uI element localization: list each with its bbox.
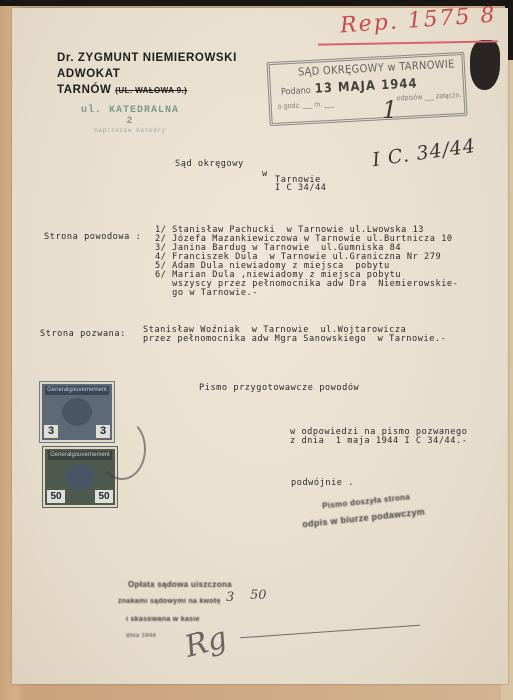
cancellation-postmark — [98, 418, 146, 480]
received-label: Podano — [281, 86, 311, 98]
ink-blot — [470, 40, 500, 90]
new-address: ul. KATEDRALNA 2 — [80, 105, 180, 127]
fee-stamp-line-2: znakami sądowymi na kwotę — [118, 598, 221, 605]
fee-stamp-line-3: i skasowana w kasie — [126, 616, 200, 623]
time-line: o godz. ___ m. ___ — [278, 100, 334, 111]
copies-note: podwójnie . — [291, 479, 354, 488]
fee-stamp-line-1: Opłata sądowa uiszczona — [128, 580, 232, 589]
eagle-emblem-icon — [65, 463, 95, 491]
plaintiffs-label: Strona powodowa : — [44, 233, 141, 242]
stamp-value-left: 50 — [47, 490, 65, 503]
addressee-court: Sąd okręgowy — [175, 160, 244, 169]
court-name: SĄD OKRĘGOWY w TARNOWIE — [298, 57, 455, 78]
old-address-struck: (UL. WAŁOWA 9.) — [115, 86, 187, 95]
new-address-stamp: ul. KATEDRALNA 2 naprzeciw Katedry — [80, 105, 180, 134]
fee-stamp-line-4: dnia 1944 — [126, 633, 156, 639]
fee-amount-zl: 3 — [226, 590, 234, 605]
eagle-emblem-icon — [62, 398, 92, 426]
new-address-note: naprzeciw Katedry — [80, 127, 180, 134]
reference-line-2: z dnia 1 maja 1944 I C 34/44.- — [290, 437, 467, 446]
lawyer-title: ADWOKAT — [57, 66, 237, 82]
stamp-header: Generalgouvernement — [45, 386, 109, 395]
copies-line: odpisów ___ załączn. — [396, 91, 461, 102]
lawyer-city: TARNÓW (UL. WAŁOWA 9.) — [57, 82, 237, 99]
handwritten-count: 1 — [382, 96, 397, 124]
city-text: TARNÓW — [57, 84, 112, 96]
plaintiffs-representation-cont: go w Tarnowie.- — [155, 289, 258, 298]
addressee-w: w — [262, 170, 268, 179]
lawyer-name: Dr. ZYGMUNT NIEMIEROWSKI — [57, 50, 237, 66]
fee-amount-gr: 50 — [250, 588, 267, 603]
defendant-label: Strona pozwana: — [40, 330, 126, 339]
letterhead: Dr. ZYGMUNT NIEMIEROWSKI ADWOKAT TARNÓW … — [57, 50, 237, 99]
court-receipt-stamp: SĄD OKRĘGOWY w TARNOWIE Podano13 MAJA 19… — [266, 52, 467, 126]
document-title: Pismo przygotowawcze powodów — [199, 384, 359, 393]
stamp-value-left: 3 — [44, 425, 58, 438]
stamp-value-right: 50 — [95, 490, 113, 503]
addressee-case-number: I C 34/44 — [275, 184, 327, 193]
defendant-line-2: przez pełnomocnika adw Mgra Sanowskiego … — [143, 335, 446, 344]
